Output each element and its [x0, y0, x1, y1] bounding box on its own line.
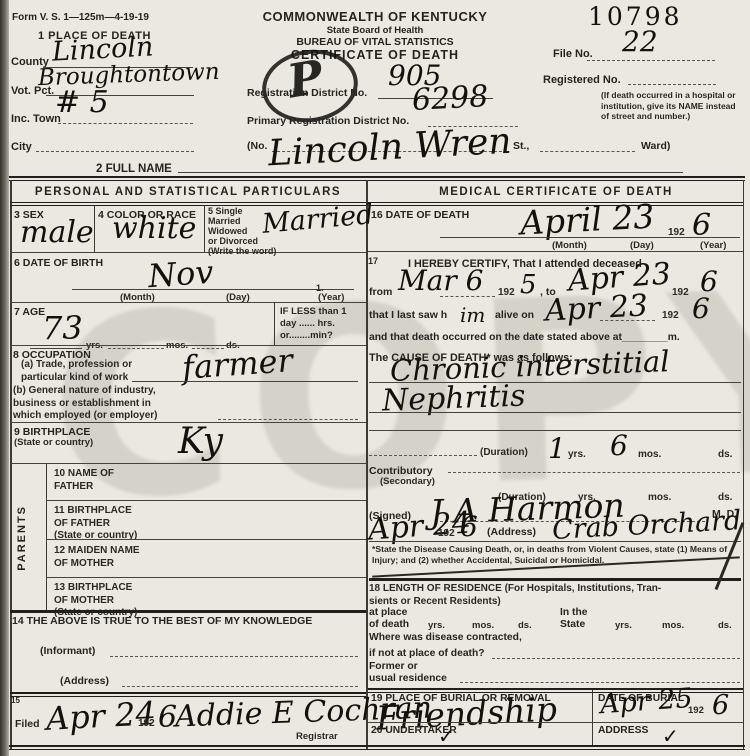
last-saw-date-value: Apr 23 — [544, 291, 648, 326]
divider — [122, 686, 358, 687]
age-label: 7 AGE — [14, 306, 45, 318]
duration-ds-label: ds. — [718, 449, 732, 462]
birthplace-sub-label: (State or country) — [14, 437, 93, 449]
certify-item-number: 17 — [368, 256, 378, 267]
father-birthplace-label: 11 BIRTHPLACE OF FATHER (State or countr… — [54, 505, 137, 543]
last-saw-year-hw: 6 — [692, 295, 710, 323]
divider — [369, 541, 741, 542]
divider — [592, 722, 743, 723]
sign-date-value: Apr 24 — [367, 508, 472, 545]
divider — [10, 302, 366, 303]
divider — [10, 252, 366, 253]
reg-district-label: Registration District No. — [247, 87, 367, 99]
divider — [46, 577, 366, 578]
burial-year-hw: 6 — [712, 692, 729, 719]
divider — [368, 251, 743, 252]
duration2-ds-label: ds. — [718, 492, 732, 505]
registered-no-label: Registered No. — [543, 74, 621, 87]
sign-year-printed: 192 — [438, 528, 455, 541]
scan-edge — [0, 0, 9, 756]
divider — [369, 430, 741, 431]
file-no-label: File No. — [553, 48, 593, 61]
inc-town-label: Inc. Town — [11, 113, 61, 126]
city-label: City — [11, 141, 32, 154]
usual-label: usual residence — [369, 673, 447, 685]
undertaker-address-label: ADDRESS — [598, 725, 648, 737]
divider — [448, 472, 740, 473]
res-yrs-label: yrs. — [428, 620, 445, 632]
divider — [108, 348, 164, 349]
divider — [46, 463, 47, 610]
file-no-value: 22 — [622, 28, 658, 56]
last-saw-year-printed: 192 — [662, 310, 679, 323]
divider — [36, 151, 194, 152]
state-label: State — [560, 619, 585, 631]
divider — [72, 289, 354, 290]
divider — [132, 381, 358, 382]
inc-town-value: # 5 — [55, 88, 109, 118]
divider — [110, 656, 358, 657]
res-state-ds-label: ds. — [718, 620, 732, 632]
divider — [274, 302, 275, 345]
filed-label: Filed — [15, 718, 40, 730]
filed-item-number: 15 — [11, 696, 20, 706]
sex-value: male — [20, 218, 94, 248]
divider — [94, 206, 95, 252]
duration-yrs-label: yrs. — [568, 449, 586, 462]
commonwealth-title: COMMONWEALTH OF KENTUCKY — [235, 10, 515, 25]
full-name-value: Lincoln Wren — [267, 124, 512, 173]
divider — [10, 180, 12, 750]
if-less-note: IF LESS than 1 day ...... hrs. or.......… — [280, 306, 347, 342]
marital-value: Married — [261, 201, 374, 238]
death-occurred-text: and that death occurred on the date stat… — [369, 332, 680, 344]
hospital-note: (If death occurred in a hospital or inst… — [601, 90, 743, 122]
primary-district-label: Primary Registration District No. — [247, 115, 409, 127]
occupation-a-value: farmer — [181, 344, 294, 384]
divider — [628, 84, 716, 85]
divider — [440, 296, 495, 297]
race-value: white — [112, 214, 196, 244]
divider — [492, 658, 740, 659]
from-year-printed: 192 — [498, 287, 515, 300]
mother-name-label: 12 MAIDEN NAME OF MOTHER — [54, 545, 140, 570]
address-value: Crab Orchard — [551, 507, 742, 544]
informant-label: (Informant) — [40, 645, 95, 657]
divider — [218, 419, 358, 420]
last-saw-hw: im — [460, 305, 485, 325]
in-the-label: In the — [560, 607, 587, 619]
undertaker-checkmark: ✓ — [438, 726, 455, 746]
residence-title: 18 LENGTH OF RESIDENCE (For Hospitals, I… — [369, 583, 661, 608]
divider — [204, 206, 205, 252]
contracted-label: Where was disease contracted, — [369, 632, 522, 644]
date-of-death-value: April 23 — [519, 200, 655, 240]
divider — [592, 690, 593, 745]
from-label: from — [369, 286, 392, 298]
res-ds-label: ds. — [518, 620, 532, 632]
duration-mos-label: mos. — [638, 449, 661, 462]
cause-line1-value: Chronic interstitial — [390, 347, 670, 386]
medical-section-title: MEDICAL CERTIFICATE OF DEATH — [370, 186, 742, 199]
birthplace-value: Ky — [178, 424, 223, 460]
divider — [10, 463, 366, 464]
duration2-mos-label: mos. — [648, 492, 671, 505]
filed-year-printed: 192 — [138, 718, 155, 731]
last-saw-text: that I last saw h — [369, 309, 447, 321]
duration-label: (Duration) — [480, 447, 528, 460]
informant-address-label: (Address) — [60, 675, 109, 687]
burial-date-value: Apr 25 — [599, 685, 693, 718]
divider — [587, 60, 715, 61]
res-state-mos-label: mos. — [662, 620, 684, 632]
divider — [46, 500, 366, 501]
address-label: (Address) — [487, 526, 536, 538]
res-state-yrs-label: yrs. — [615, 620, 632, 632]
registrar-label: Registrar — [296, 731, 338, 743]
ward-label: Ward) — [641, 140, 670, 152]
divider — [178, 172, 683, 173]
full-name-label: 2 FULL NAME — [96, 163, 172, 176]
sign-year-hw: 6 — [460, 513, 478, 541]
former-label: Former or — [369, 661, 418, 673]
last-saw-alive-text: alive on — [495, 309, 534, 321]
divider — [10, 610, 366, 613]
date-of-death-label: 16 DATE OF DEATH — [371, 209, 469, 221]
street-label: St., — [513, 140, 529, 152]
street-no-label: (No. — [247, 140, 267, 152]
if-not-label: if not at place of death? — [369, 648, 485, 660]
burial-year-printed: 192 — [688, 705, 704, 717]
age-value: 73 — [42, 312, 83, 344]
divider — [9, 176, 745, 181]
death-certificate-document: COPY Form V. S. 1—125m—4-19-19 1 PLACE O… — [0, 0, 750, 756]
father-name-label: 10 NAME OF FATHER — [54, 468, 114, 493]
primary-district-value: 6298 — [411, 82, 489, 116]
at-place-label: at place — [369, 607, 407, 619]
divider — [460, 682, 740, 683]
divider — [58, 123, 193, 124]
from-date-value: Mar 6 — [398, 267, 483, 295]
divider — [368, 722, 592, 723]
from-year-hw: 5 — [520, 272, 537, 298]
divider — [46, 539, 366, 540]
divider — [600, 320, 655, 321]
divider — [369, 412, 741, 413]
divider — [10, 345, 366, 346]
undertaker-address-checkmark: ✓ — [662, 726, 679, 746]
secondary-label: (Secondary) — [380, 476, 435, 488]
bureau-subtitle: BUREAU OF VITAL STATISTICS — [235, 36, 515, 48]
divider — [369, 578, 741, 581]
form-number: Form V. S. 1—125m—4-19-19 — [12, 12, 149, 24]
dob-value: Nov — [147, 256, 214, 292]
divider — [743, 180, 744, 750]
duration-mos-value: 6 — [610, 432, 628, 460]
res-mos-label: mos. — [472, 620, 494, 632]
duration-yrs-value: 1 — [548, 435, 566, 463]
personal-section-title: PERSONAL AND STATISTICAL PARTICULARS — [12, 186, 364, 199]
occupation-a-label: (a) Trade, profession or particular kind… — [21, 359, 132, 384]
divider — [440, 237, 740, 238]
of-death-label: of death — [369, 619, 409, 631]
cause-fine-print: *State the Disease Causing Death, or, in… — [372, 544, 734, 565]
dob-label: 6 DATE OF BIRTH — [14, 257, 103, 269]
divider — [540, 151, 635, 152]
parents-label: PARENTS — [16, 505, 29, 571]
occupation-b-label: (b) General nature of industry, business… — [13, 385, 157, 423]
mother-birthplace-label: 13 BIRTHPLACE OF MOTHER (State or countr… — [54, 582, 137, 620]
knowledge-statement: 14 THE ABOVE IS TRUE TO THE BEST OF MY K… — [12, 615, 312, 627]
divider — [369, 455, 477, 456]
to-year-printed: 192 — [672, 287, 689, 300]
divider — [9, 745, 745, 750]
